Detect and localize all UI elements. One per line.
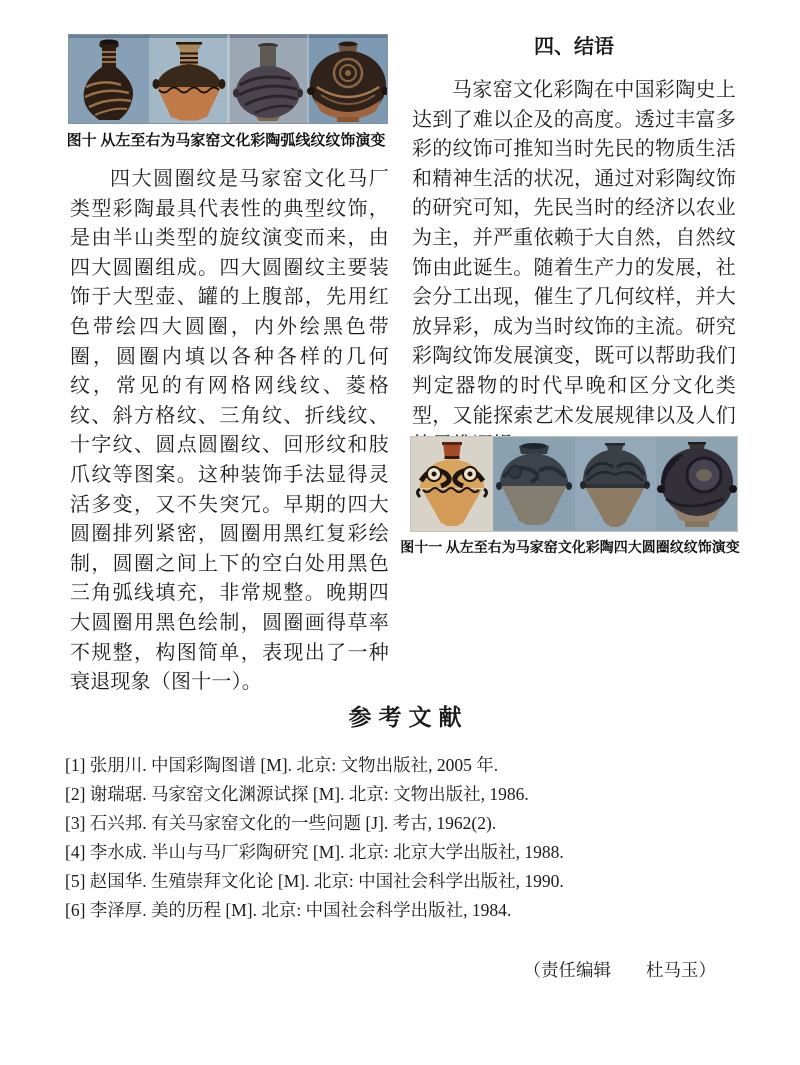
reference-item: [2] 谢瑞琚. 马家窑文化渊源试探 [M]. 北京: 文物出版社, 1986. (65, 780, 750, 809)
reference-item: [3] 石兴邦. 有关马家窑文化的一些问题 [J]. 考古, 1962(2). (65, 809, 750, 838)
figure-10-caption: 图十 从左至右为马家窑文化彩陶弧线纹纹饰演变 (52, 129, 400, 150)
conclusion-heading: 四、结语 (412, 30, 736, 59)
reference-item: [4] 李水成. 半山与马厂彩陶研究 [M]. 北京: 北京大学出版社, 198… (65, 838, 750, 867)
figure-11-photo (410, 436, 738, 532)
references-heading: 参考文献 (70, 699, 740, 732)
figure-11-caption: 图十一 从左至右为马家窑文化彩陶四大圆圈纹纹饰演变 (400, 537, 740, 557)
reference-item: [1] 张朋川. 中国彩陶图谱 [M]. 北京: 文物出版社, 2005 年. (65, 751, 750, 780)
paper-page: 图十 从左至右为马家窑文化彩陶弧线纹纹饰演变 四大圆圈纹是马家窑文化马厂类型彩陶… (0, 0, 800, 1065)
editor-note: （责任编辑 杜马玉） (70, 957, 716, 982)
pottery-photo-strip-circle-pattern (411, 437, 737, 531)
conclusion-paragraph: 马家窑文化彩陶在中国彩陶史上达到了难以企及的高度。透过丰富多彩的纹饰可推知当时先… (412, 76, 736, 461)
references-list: [1] 张朋川. 中国彩陶图谱 [M]. 北京: 文物出版社, 2005 年. … (65, 751, 750, 925)
figure-10-photo (68, 34, 388, 124)
pottery-photo-strip-arc-pattern (69, 35, 387, 123)
reference-item: [5] 赵国华. 生殖崇拜文化论 [M]. 北京: 中国社会科学出版社, 199… (65, 867, 750, 896)
reference-item: [6] 李泽厚. 美的历程 [M]. 北京: 中国社会科学出版社, 1984. (65, 896, 750, 925)
left-column-paragraph: 四大圆圈纹是马家窑文化马厂类型彩陶最具代表性的典型纹饰，是由半山类型的旋纹演变而… (70, 165, 389, 698)
